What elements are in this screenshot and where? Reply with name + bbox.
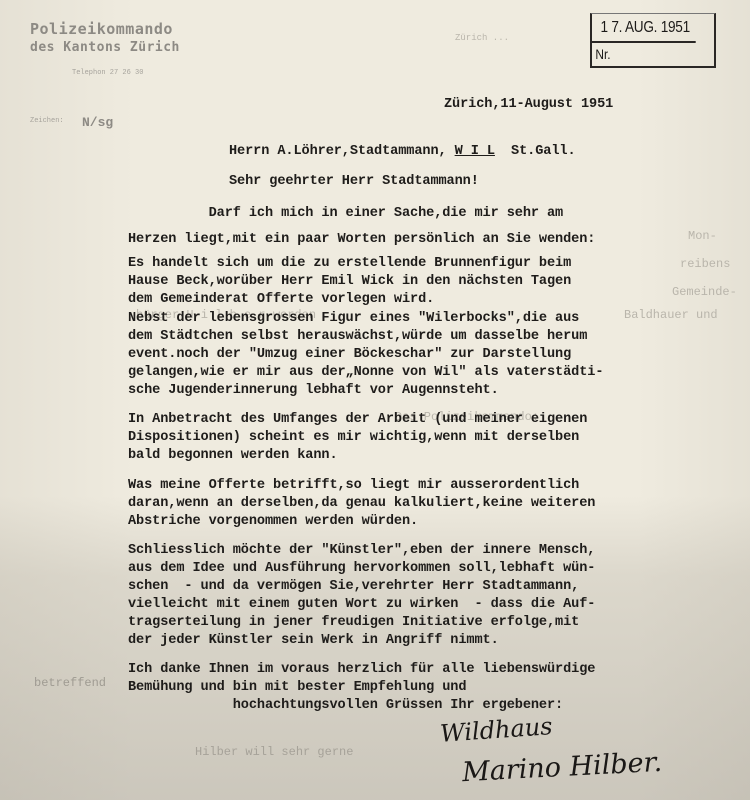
reference-value: N/sg <box>82 115 113 130</box>
letter-line: dem Gemeinderat Offerte vorlegen wird. <box>128 292 434 307</box>
letter-line: gelangen,wie er mir aus der„Nonne von Wi… <box>128 365 603 380</box>
letter-line: sche Jugenderinnerung lebhaft vor Augenn… <box>128 383 499 398</box>
bleed-through-text: Gemeinde- <box>672 285 737 299</box>
letter-line: In Anbetracht des Umfanges der Arbeit (u… <box>128 412 587 427</box>
bleed-through-text: betreffend <box>34 676 106 690</box>
bleed-through-text: Zürich ... <box>455 33 509 43</box>
letter-line: Dispositionen) scheint es mir wichtig,we… <box>128 430 579 445</box>
letter-line: Nebst der lebensgrossen Figur eines "Wil… <box>128 311 579 326</box>
letter-line: der jeder Künstler sein Werk in Angriff … <box>128 633 499 648</box>
letter-line: dem Städtchen selbst herauswächst,würde … <box>128 329 587 344</box>
letterhead-canton: des Kantons Zürich <box>30 40 180 55</box>
salutation: Sehr geehrter Herr Stadtammann! <box>229 174 479 189</box>
letter-line: aus dem Idee und Ausführung hervorkommen… <box>128 561 595 576</box>
letterhead: Polizeikommando des Kantons Zürich Telep… <box>30 20 180 77</box>
reference-label: Zeichen: <box>30 117 64 125</box>
letter-line: schen - und da vermögen Sie,verehrter He… <box>128 579 579 594</box>
letter-line: event.noch der "Umzug einer Böckeschar" … <box>128 347 571 362</box>
letter-line: hochachtungsvollen Grüssen Ihr ergebener… <box>128 698 563 713</box>
letter-line: Abstriche vorgenommen werden würden. <box>128 514 418 529</box>
letterhead-organization: Polizeikommando <box>30 20 180 38</box>
bleed-through-text: Baldhauer und <box>624 308 718 322</box>
letter-line: vielleicht mit einem guten Wort zu wirke… <box>128 597 595 612</box>
letter-line: tragserteilung in jener freudigen Initia… <box>128 615 579 630</box>
letter-line: Bemühung und bin mit bester Empfehlung u… <box>128 680 466 695</box>
receipt-stamp: 1 7. AUG. 1951 Nr. <box>590 13 716 68</box>
letterhead-telephone: Telephon 27 26 30 <box>72 69 180 77</box>
letter-line: Es handelt sich um die zu erstellende Br… <box>128 256 571 271</box>
recipient-town: W I L <box>455 144 495 159</box>
letter-date: Zürich,11-August 1951 <box>444 97 613 112</box>
bleed-through-text: Hilber will sehr gerne <box>195 745 353 759</box>
letter-line: Ich danke Ihnen im voraus herzlich für a… <box>128 662 595 677</box>
letter-line: Herzen liegt,mit ein paar Worten persönl… <box>128 232 595 247</box>
recipient-address: Herrn A.Löhrer,Stadtammann, W I L St.Gal… <box>229 144 576 159</box>
letter-line: daran,wenn an derselben,da genau kalkuli… <box>128 496 595 511</box>
bleed-through-text: reibens <box>680 257 730 271</box>
bleed-through-text: Mon- <box>688 229 717 243</box>
letter-line: Darf ich mich in einer Sache,die mir seh… <box>128 206 563 221</box>
letter-line: Was meine Offerte betrifft,so liegt mir … <box>128 478 579 493</box>
letter-line: Hause Beck,worüber Herr Emil Wick in den… <box>128 274 571 289</box>
letter-line: bald begonnen werden kann. <box>128 448 338 463</box>
letter-line: Schliesslich möchte der "Künstler",eben … <box>128 543 595 558</box>
recipient-canton: St.Gall. <box>495 144 576 159</box>
recipient-name: Herrn A.Löhrer,Stadtammann, <box>229 144 455 159</box>
stamp-date: 1 7. AUG. 1951 <box>592 14 696 43</box>
stamp-number-label: Nr. <box>592 43 696 65</box>
